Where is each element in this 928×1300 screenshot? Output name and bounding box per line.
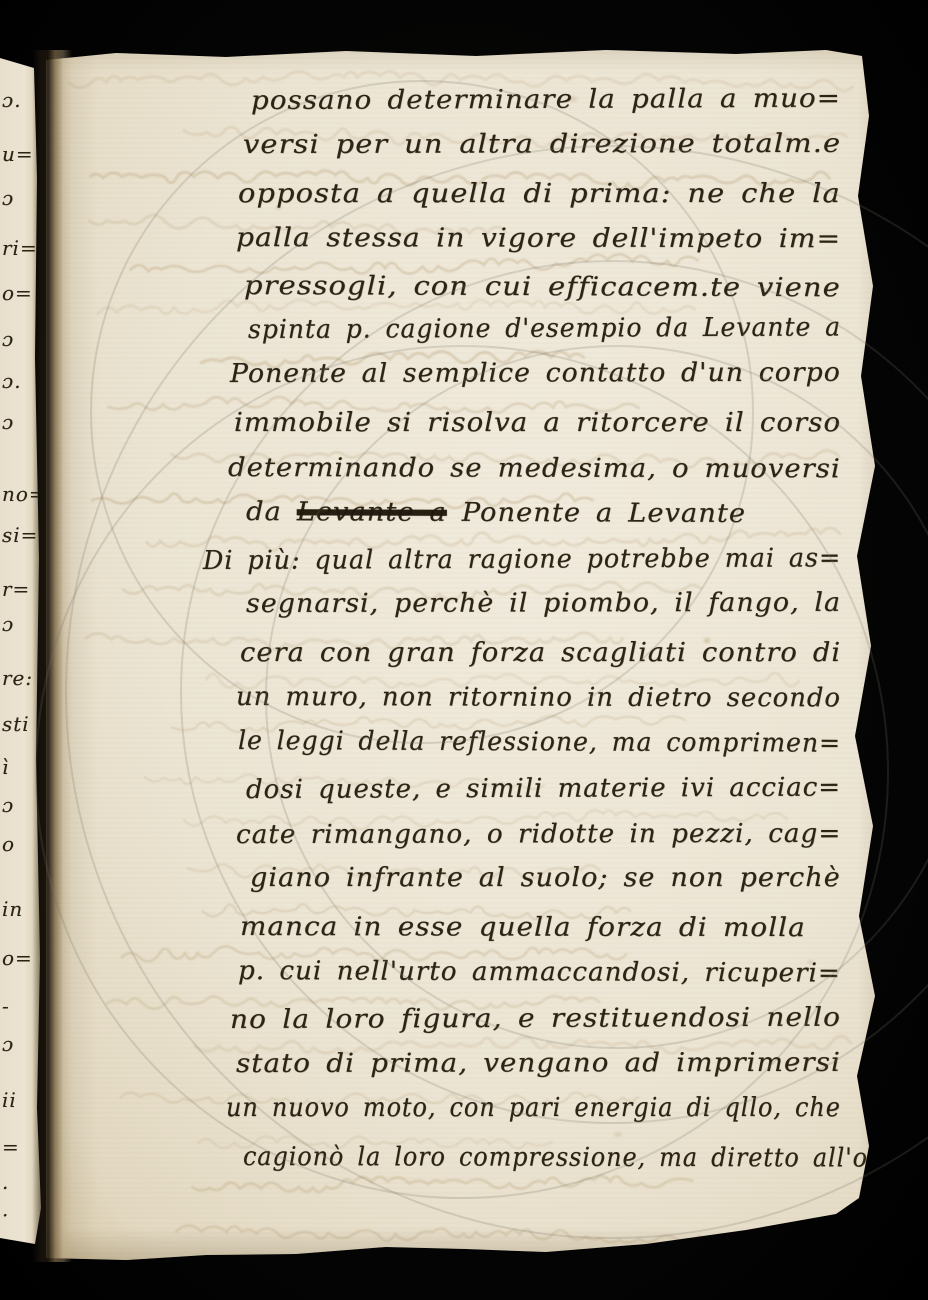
ink-text-segment: possano determinare la palla a muo=	[251, 84, 841, 116]
manuscript-line: stato di prima, vengano ad imprimersi	[236, 1040, 841, 1087]
facing-page-line-fragment: in	[2, 897, 23, 921]
manuscript-line: un muro, non ritornino in dietro secondo	[236, 674, 841, 721]
manuscript-line: cate rimangano, o ridotte in pezzi, cag=	[236, 810, 841, 857]
facing-page-line-fragment: ri=	[2, 236, 38, 260]
ink-text-segment: cagionò la loro compressione, ma diretto…	[243, 1142, 905, 1174]
ink-text-segment: immobile si risolva a ritorcere il corso	[234, 408, 841, 438]
facing-page-line-fragment: ·	[2, 1203, 9, 1227]
ink-text-segment: spinta p. cagione d'esempio da Levante a	[248, 313, 841, 346]
ink-text-segment: Ponente a Levante	[447, 497, 746, 528]
ink-text-segment: determinando se medesima, o muoversi	[228, 453, 841, 484]
ink-text-segment: un muro, non ritornino in dietro secondo	[236, 682, 841, 713]
ink-text-segment: versi per un altra direzione totalm.e	[243, 129, 841, 160]
facing-page-line-fragment: ɔ.	[2, 88, 22, 112]
manuscript-line: Ponente al semplice contatto d'un corpo	[230, 350, 841, 397]
manuscript-photo: ɔ.u=ɔri=o=ɔɔ.ɔno=si=r=ɔre:stiìɔoino=-ɔii…	[0, 0, 928, 1300]
facing-page-line-fragment: sti	[2, 712, 30, 736]
ink-text-segment: Di più: qual altra ragione potrebbe mai …	[203, 543, 841, 576]
manuscript-line: segnarsi, perchè il piombo, il fango, la	[246, 580, 841, 627]
ink-text-segment: giano infrante al suolo; se non perchè	[250, 863, 841, 893]
manuscript-line: dosi queste, e simili materie ivi acciac…	[246, 764, 841, 812]
manuscript-line: cagionò la loro compressione, ma diretto…	[243, 1134, 905, 1182]
manuscript-line: un nuovo moto, con pari energia di qllo,…	[226, 1085, 841, 1131]
ink-text-segment: segnarsi, perchè il piombo, il fango, la	[246, 588, 841, 619]
manuscript-line: opposta a quella di prima: ne che la	[238, 171, 841, 217]
manuscript-line: spinta p. cagione d'esempio da Levante a	[248, 305, 841, 354]
manuscript-line: da Levante a Ponente a Levante	[246, 489, 746, 537]
ink-text-segment: le leggi della reflessione, ma comprimen…	[238, 726, 841, 759]
facing-page-line-fragment: ɔ	[2, 793, 14, 817]
facing-page-line-fragment: si=	[2, 523, 38, 547]
manuscript-line: le leggi della reflessione, ma comprimen…	[238, 718, 841, 767]
ink-text-segment: stato di prima, vengano ad imprimersi	[236, 1048, 841, 1079]
manuscript-line: determinando se medesima, o muoversi	[228, 445, 841, 492]
ink-text-segment: un nuovo moto, con pari energia di qllo,…	[226, 1093, 841, 1123]
facing-page-line-fragment: o=	[2, 281, 33, 305]
facing-page-line-fragment: ɔ	[2, 327, 14, 351]
manuscript-line: immobile si risolva a ritorcere il corso	[234, 400, 841, 446]
ink-text-segment: cate rimangano, o ridotte in pezzi, cag=	[236, 818, 841, 849]
ink-text-segment: palla stessa in vigore dell'impeto im=	[236, 223, 841, 254]
ink-text-segment: dosi queste, e simili materie ivi acciac…	[246, 772, 841, 804]
facing-page-line-fragment: ɔ	[2, 186, 14, 210]
facing-page-line-fragment: =	[2, 1135, 20, 1159]
manuscript-line: giano infrante al suolo; se non perchè	[250, 855, 841, 901]
manuscript-line: cera con gran forza scagliati contro di	[240, 630, 841, 676]
manuscript-page: possano determinare la palla a muo=versi…	[46, 46, 888, 1264]
manuscript-line: no la loro figura, e restituendosi nello	[230, 995, 841, 1043]
manuscript-line: versi per un altra direzione totalm.e	[243, 121, 841, 168]
facing-page-line-fragment: ì	[2, 755, 9, 779]
ink-text-segment: p. cui nell'urto ammaccandosi, ricuperi=	[238, 956, 841, 989]
facing-page-line-fragment: o=	[2, 946, 33, 970]
manuscript-line: Di più: qual altra ragione potrebbe mai …	[203, 535, 841, 584]
facing-page-line-fragment: re:	[2, 666, 33, 690]
facing-page-line-fragment: r=	[2, 577, 30, 601]
ink-text-segment: Ponente al semplice contatto d'un corpo	[230, 358, 841, 389]
facing-page-line-fragment: ɔ	[2, 612, 14, 636]
ink-text-segment: pressogli, con cui efficacem.te viene	[244, 271, 841, 303]
manuscript-line: p. cui nell'urto ammaccandosi, ricuperi=	[238, 948, 841, 997]
manuscript-line: manca in esse quella forza di molla	[240, 904, 806, 951]
manuscript-line: possano determinare la palla a muo=	[251, 76, 841, 124]
facing-page-line-fragment: u=	[2, 142, 34, 166]
facing-page-line-fragment: ɔ.	[2, 369, 22, 393]
facing-page-line-fragment: -	[2, 994, 10, 1018]
ink-text-segment: opposta a quella di prima: ne che la	[238, 179, 841, 209]
handwritten-text-block: possano determinare la palla a muo=versi…	[198, 46, 868, 1264]
facing-page-line-fragment: .	[2, 1170, 9, 1194]
struck-out-word: Levante a	[297, 497, 447, 528]
facing-page-line-fragment: no=	[2, 482, 47, 506]
facing-page-line-fragment: ɔ	[2, 410, 14, 434]
facing-page-line-fragment: ɔ	[2, 1032, 14, 1056]
manuscript-line: palla stessa in vigore dell'impeto im=	[236, 215, 841, 262]
facing-page-edge: ɔ.u=ɔri=o=ɔɔ.ɔno=si=r=ɔre:stiìɔoino=-ɔii…	[0, 58, 44, 1252]
facing-page-line-fragment: ii	[2, 1088, 17, 1112]
ink-text-segment: no la loro figura, e restituendosi nello	[230, 1003, 841, 1035]
ink-text-segment: cera con gran forza scagliati contro di	[240, 638, 841, 668]
ink-text-segment: manca in esse quella forza di molla	[240, 912, 806, 943]
facing-page-line-fragment: o	[2, 832, 15, 856]
ink-text-segment: da	[246, 497, 297, 527]
